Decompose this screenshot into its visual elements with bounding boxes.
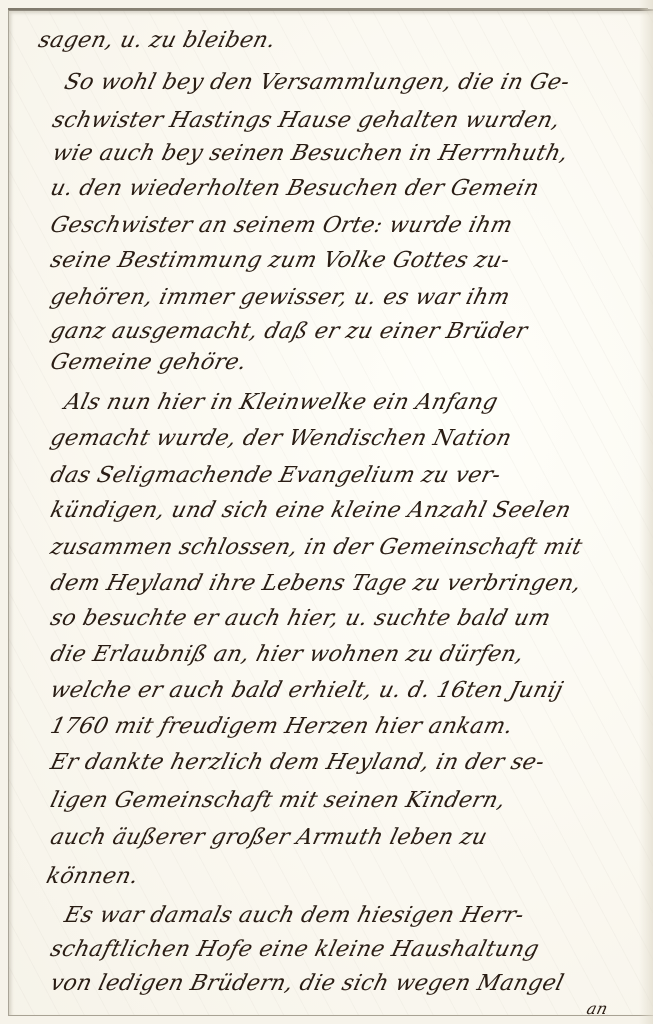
manuscript-line: zusammen schlossen, in der Gemeinschaft … <box>48 537 584 559</box>
manuscript-line: ganz ausgemacht, daß er zu einer Brüder <box>48 321 530 343</box>
page-right-edge <box>639 0 653 1024</box>
manuscript-line: ligen Gemeinschaft mit seinen Kindern, <box>48 790 508 812</box>
catchword: an <box>585 1001 609 1017</box>
manuscript-line: können. <box>44 866 141 888</box>
manuscript-line: das Seligmachende Evangelium zu ver- <box>48 465 503 487</box>
manuscript-line: Es war damals auch dem hiesigen Herr- <box>62 905 526 927</box>
manuscript-line: von ledigen Brüdern, die sich wegen Mang… <box>48 973 566 995</box>
manuscript-line: die Erlaubniß an, hier wohnen zu dürfen, <box>48 644 526 666</box>
manuscript-line: wie auch bey seinen Besuchen in Herrnhut… <box>50 143 570 165</box>
manuscript-line: gehören, immer gewisser, u. es war ihm <box>48 287 512 309</box>
manuscript-line: welche er auch bald erhielt, u. d. 16ten… <box>48 680 565 702</box>
scanned-page-background: sagen, u. zu bleiben. So wohl bey den Ve… <box>0 0 653 1024</box>
manuscript-line: So wohl bey den Versammlungen, die in Ge… <box>62 72 572 94</box>
manuscript-line: schaftlichen Hofe eine kleine Haushaltun… <box>48 939 541 961</box>
manuscript-line: schwister Hastings Hause gehalten wurden… <box>50 110 562 132</box>
manuscript-line: Gemeine gehöre. <box>48 352 249 374</box>
manuscript-line: u. den wiederholten Besuchen der Gemein <box>48 178 541 200</box>
manuscript-line: Als nun hier in Kleinwelke ein Anfang <box>62 392 500 414</box>
manuscript-line: so besuchte er auch hier, u. suchte bald… <box>48 608 553 630</box>
manuscript-line: sagen, u. zu bleiben. <box>36 30 278 52</box>
manuscript-line: kündigen, und sich eine kleine Anzahl Se… <box>48 500 573 522</box>
manuscript-line: 1760 mit freudigem Herzen hier ankam. <box>48 716 515 738</box>
manuscript-line: auch äußerer großer Armuth leben zu <box>48 827 489 849</box>
manuscript-line: dem Heyland ihre Lebens Tage zu verbring… <box>48 573 583 595</box>
manuscript-line: gemacht wurde, der Wendischen Nation <box>48 428 514 450</box>
manuscript-line: Er dankte herzlich dem Heyland, in der s… <box>48 752 547 774</box>
manuscript-line: Geschwister an seinem Orte: wurde ihm <box>48 215 515 237</box>
manuscript-line: seine Bestimmung zum Volke Gottes zu- <box>48 250 512 272</box>
page-top-edge <box>8 8 648 10</box>
